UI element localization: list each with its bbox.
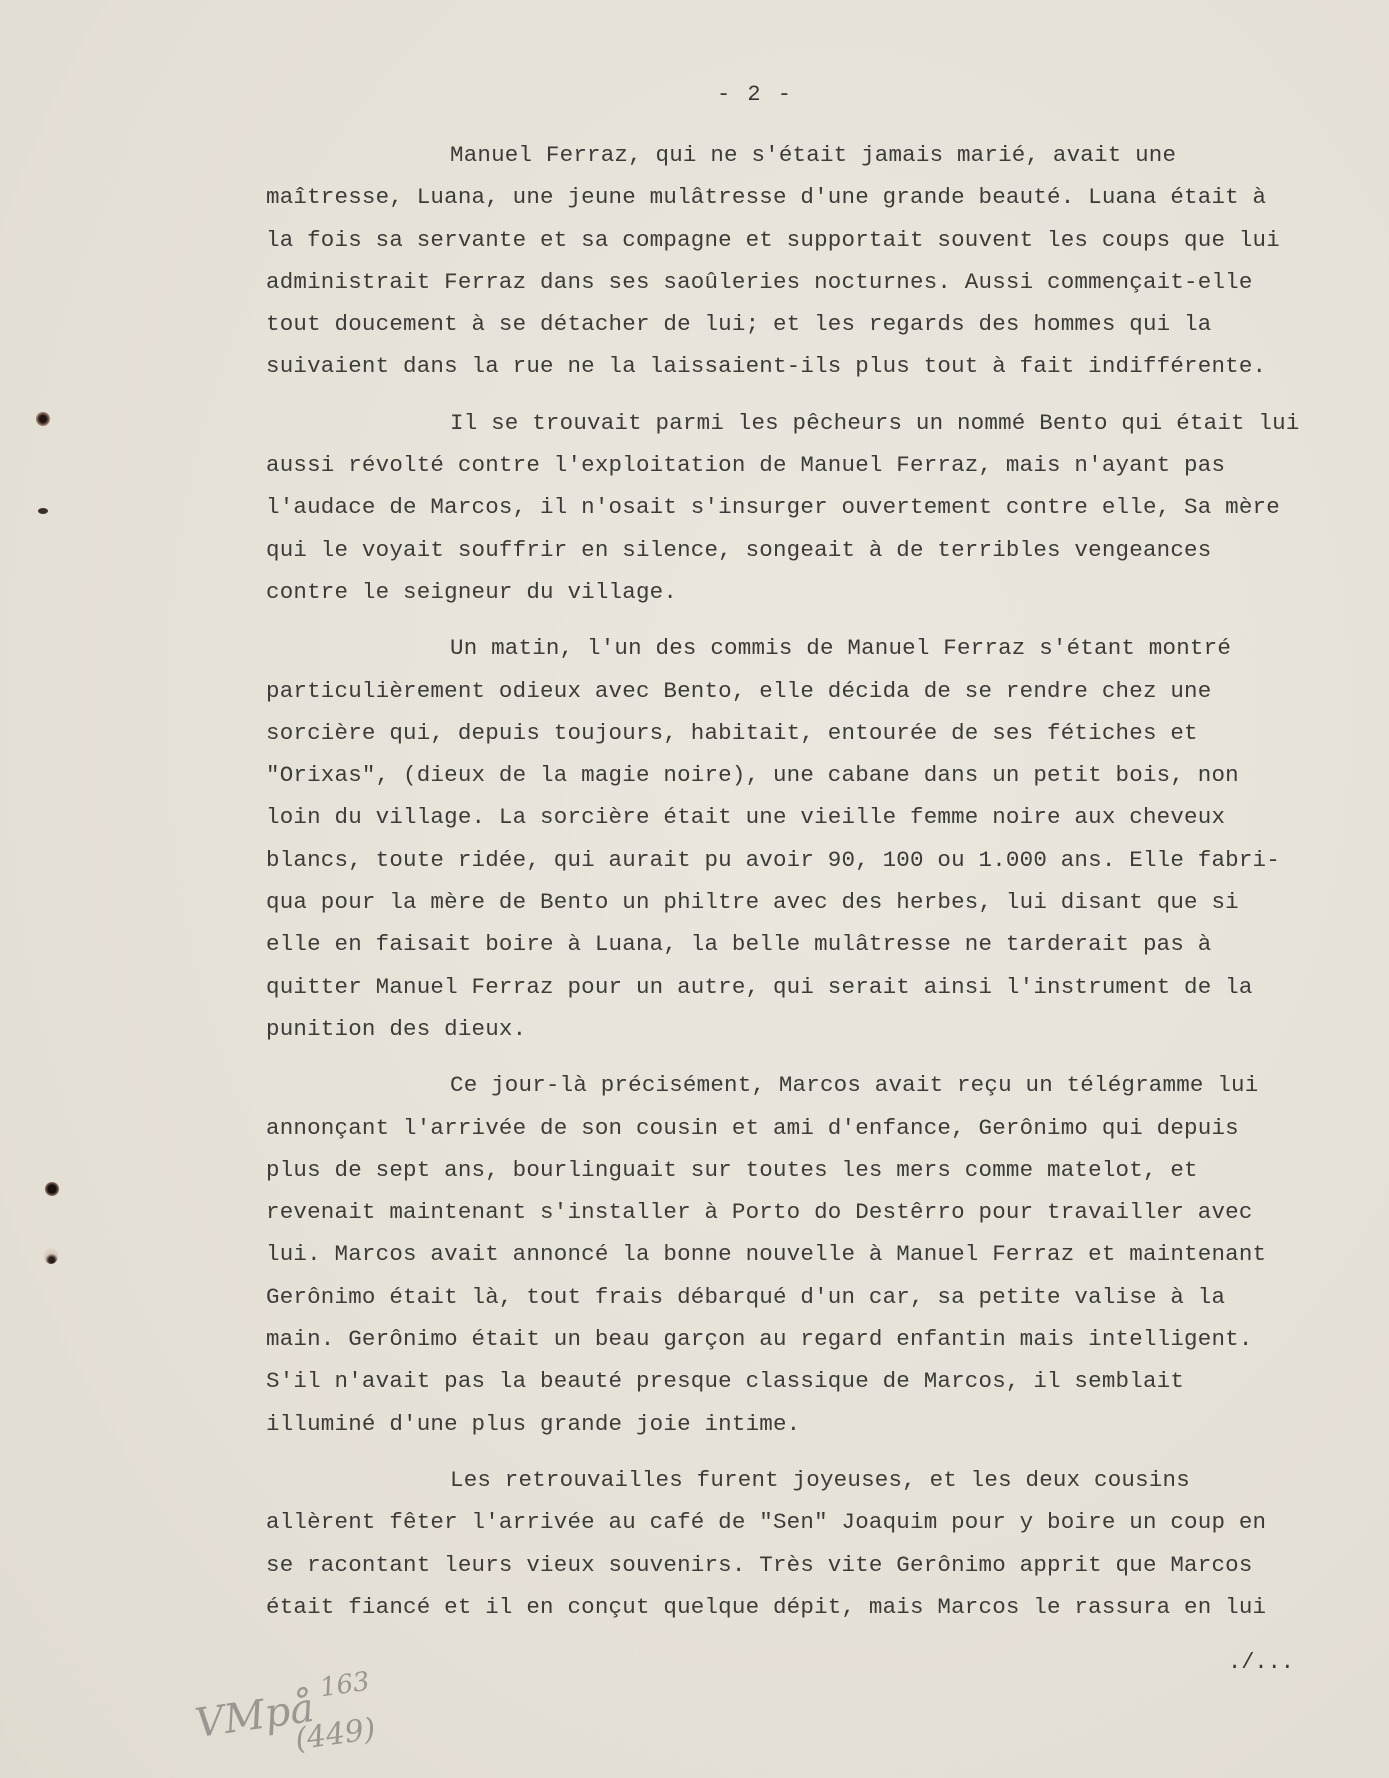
text-line: se racontant leurs vieux souvenirs. Très… bbox=[266, 1544, 1346, 1586]
punch-hole-mark bbox=[44, 1248, 58, 1264]
text-line: aussi révolté contre l'exploitation de M… bbox=[266, 444, 1346, 486]
text-line: revenait maintenant s'installer à Porto … bbox=[266, 1191, 1346, 1233]
page-number: - 2 - bbox=[0, 82, 1389, 107]
paragraph: Un matin, l'un des commis de Manuel Ferr… bbox=[266, 627, 1346, 1050]
text-line: "Orixas", (dieux de la magie noire), une… bbox=[266, 754, 1346, 796]
text-line: qui le voyait souffrir en silence, songe… bbox=[266, 529, 1346, 571]
body-text: Manuel Ferraz, qui ne s'était jamais mar… bbox=[266, 134, 1346, 1628]
text-line: Gerônimo était là, tout frais débarqué d… bbox=[266, 1276, 1346, 1318]
text-line: était fiancé et il en conçut quelque dép… bbox=[266, 1586, 1346, 1628]
text-line: la fois sa servante et sa compagne et su… bbox=[266, 219, 1346, 261]
text-line: S'il n'avait pas la beauté presque class… bbox=[266, 1360, 1346, 1402]
text-line: Manuel Ferraz, qui ne s'était jamais mar… bbox=[266, 134, 1346, 176]
text-line: punition des dieux. bbox=[266, 1008, 1346, 1050]
text-line: sorcière qui, depuis toujours, habitait,… bbox=[266, 712, 1346, 754]
punch-hole-mark bbox=[36, 412, 50, 426]
paragraph: Il se trouvait parmi les pêcheurs un nom… bbox=[266, 402, 1346, 613]
text-line: blancs, toute ridée, qui aurait pu avoir… bbox=[266, 839, 1346, 881]
text-line: l'audace de Marcos, il n'osait s'insurge… bbox=[266, 486, 1346, 528]
text-line: annonçant l'arrivée de son cousin et ami… bbox=[266, 1107, 1346, 1149]
text-line: quitter Manuel Ferraz pour un autre, qui… bbox=[266, 966, 1346, 1008]
paragraph: Ce jour-là précisément, Marcos avait reç… bbox=[266, 1064, 1346, 1445]
text-line: plus de sept ans, bourlinguait sur toute… bbox=[266, 1149, 1346, 1191]
text-line: tout doucement à se détacher de lui; et … bbox=[266, 303, 1346, 345]
text-line: Les retrouvailles furent joyeuses, et le… bbox=[266, 1459, 1346, 1501]
typewritten-page: - 2 - Manuel Ferraz, qui ne s'était jama… bbox=[0, 0, 1389, 1778]
text-line: administrait Ferraz dans ses saoûleries … bbox=[266, 261, 1346, 303]
text-line: main. Gerônimo était un beau garçon au r… bbox=[266, 1318, 1346, 1360]
text-line: loin du village. La sorcière était une v… bbox=[266, 796, 1346, 838]
text-line: Ce jour-là précisément, Marcos avait reç… bbox=[266, 1064, 1346, 1106]
text-line: suivaient dans la rue ne la laissaient-i… bbox=[266, 345, 1346, 387]
text-line: particulièrement odieux avec Bento, elle… bbox=[266, 670, 1346, 712]
punch-hole-mark bbox=[45, 1182, 59, 1196]
text-line: Un matin, l'un des commis de Manuel Ferr… bbox=[266, 627, 1346, 669]
text-line: illuminé d'une plus grande joie intime. bbox=[266, 1403, 1346, 1445]
continuation-mark: ./... bbox=[1228, 1650, 1294, 1675]
text-line: qua pour la mère de Bento un philtre ave… bbox=[266, 881, 1346, 923]
punch-hole-mark bbox=[38, 508, 48, 514]
paragraph: Les retrouvailles furent joyeuses, et le… bbox=[266, 1459, 1346, 1628]
paragraph: Manuel Ferraz, qui ne s'était jamais mar… bbox=[266, 134, 1346, 388]
text-line: lui. Marcos avait annoncé la bonne nouve… bbox=[266, 1233, 1346, 1275]
text-line: elle en faisait boire à Luana, la belle … bbox=[266, 923, 1346, 965]
handwritten-annotation: VMpå 163 (449) bbox=[190, 1665, 430, 1775]
text-line: contre le seigneur du village. bbox=[266, 571, 1346, 613]
handwritten-page-ref: 163 bbox=[318, 1667, 371, 1704]
text-line: Il se trouvait parmi les pêcheurs un nom… bbox=[266, 402, 1346, 444]
text-line: maîtresse, Luana, une jeune mulâtresse d… bbox=[266, 176, 1346, 218]
text-line: allèrent fêter l'arrivée au café de "Sen… bbox=[266, 1501, 1346, 1543]
